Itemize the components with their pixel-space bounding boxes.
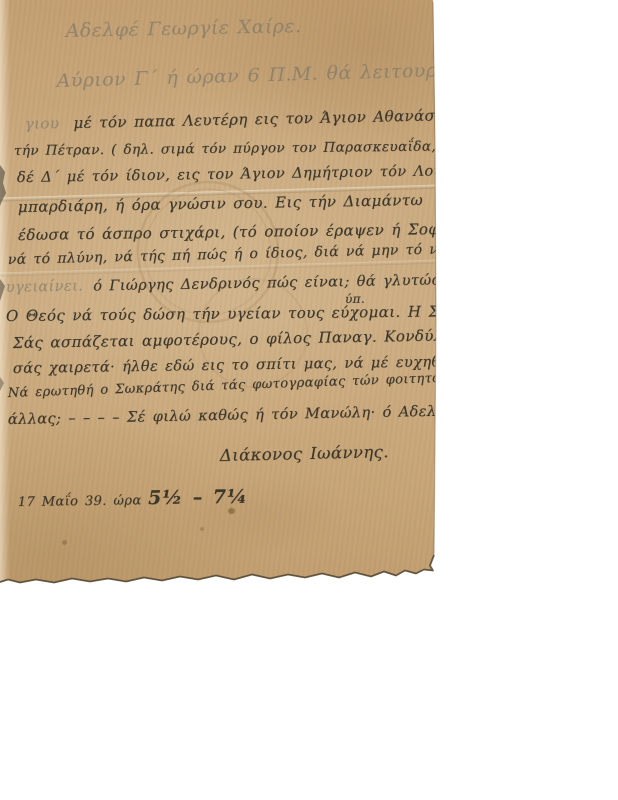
faded-word: γιου	[25, 114, 60, 133]
letter-line-4: τήν Πέτραν. ( δηλ. σιμά τόν πύργον τον Π…	[14, 138, 468, 159]
letter-line-11: Σάς ασπάζεται αμφοτέρους, ο φίλος Παναγ.…	[13, 326, 462, 352]
letter-paper: Αδελφέ Γεωργίε Χαίρε. Αύριον Γ΄ ή ώραν 6…	[0, 0, 437, 584]
faded-word: υγειαίνει.	[6, 279, 84, 296]
letter-salutation: Αδελφέ Γεωργίε Χαίρε.	[66, 15, 302, 42]
date-hours: 5½ – 7¼	[148, 486, 248, 509]
letter-line-14: άλλας; – – – – Σέ φιλώ καθώς ή τόν Μανώλ…	[8, 403, 501, 428]
letter-line-5: δέ Δ΄ μέ τόν ίδιον, εις τον Άγιον Δημήτρ…	[17, 163, 448, 186]
letter-line-7: έδωσα τό άσπρο στιχάρι, (τό οποίον έραψε…	[18, 220, 463, 244]
letter-line-2: Αύριον Γ΄ ή ώραν 6 Π.Μ. θά λειτουργ-	[56, 59, 456, 92]
date-prefix: 17 Μαΐο 39. ώρα	[18, 493, 142, 510]
paper-stain	[200, 527, 204, 531]
paper-stain	[228, 508, 235, 514]
signature: Διάκονος Ιωάννης.	[220, 442, 389, 465]
letter-line-3-ink: μέ τόν παπα Λευτέρη εις τον Άγιον Αθανάσ…	[73, 106, 460, 132]
scanned-letter-scene: Αδελφέ Γεωργίε Χαίρε. Αύριον Γ΄ ή ώραν 6…	[0, 0, 618, 800]
letter-line-10: Ο Θεός νά τούς δώση τήν υγείαν τους εύχο…	[6, 302, 477, 325]
letter-line-3: γιουμέ τόν παπα Λευτέρη εις τον Άγιον Αθ…	[25, 106, 461, 133]
paper-stain	[62, 540, 67, 545]
date-line: 17 Μαΐο 39. ώρα 5½ – 7¼	[18, 486, 248, 511]
letter-line-9-ink: ό Γιώργης Δενδρινός πώς είναι; θά γλυτώσ…	[93, 272, 456, 294]
letter-line-9: υγειαίνει.ό Γιώργης Δενδρινός πώς είναι;…	[6, 272, 457, 296]
